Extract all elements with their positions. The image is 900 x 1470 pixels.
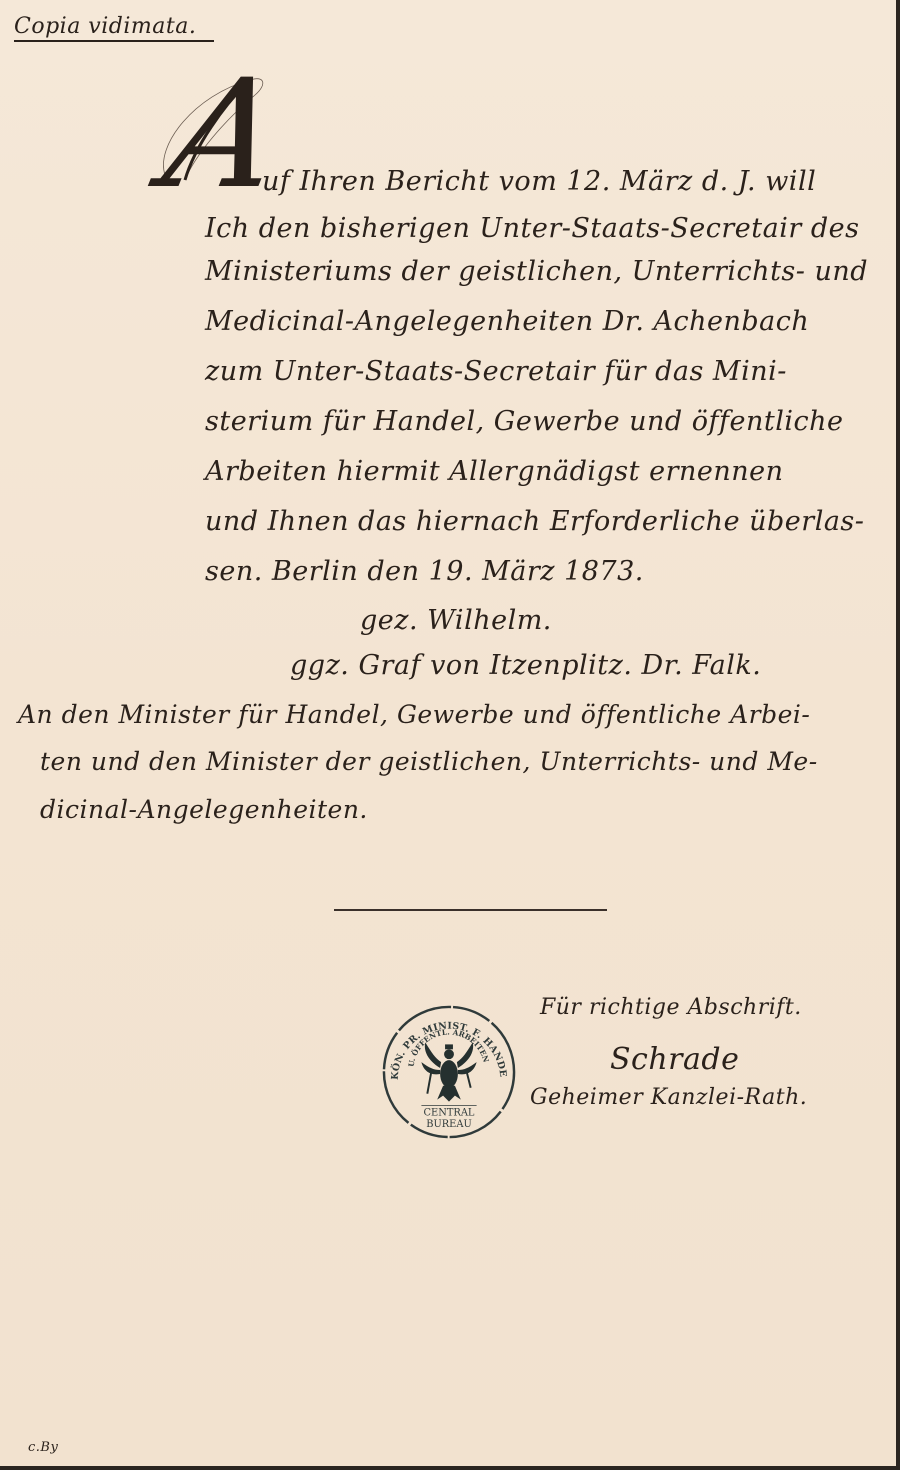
page-edge-bottom [0, 1466, 900, 1470]
document-page: Copia vidimata. A uf Ihren Bericht vom 1… [0, 0, 896, 1466]
header-copia-vidimata: Copia vidimata. [14, 14, 214, 42]
footer-mark: c.By [28, 1440, 58, 1455]
body-line-5: zum Unter-Staats-Secretair für das Mini- [205, 358, 787, 385]
stamp-bottom-line-2: BUREAU [426, 1119, 472, 1130]
certification-line: Für richtige Abschrift. [540, 995, 802, 1020]
body-line-9: sen. Berlin den 19. März 1873. [205, 558, 644, 585]
address-line-2: ten und den Minister der geistlichen, Un… [40, 747, 818, 776]
prussian-eagle-icon [421, 1042, 476, 1101]
section-divider [334, 909, 607, 911]
signature-king: gez. Wilhelm. [360, 605, 552, 636]
body-line-2: Ich den bisherigen Unter-Staats-Secretai… [205, 215, 859, 242]
certification-title: Geheimer Kanzlei-Rath. [530, 1085, 807, 1110]
certification-signature: Schrade [610, 1042, 739, 1077]
official-stamp: KÖN. PR. MINIST. F. HANDEL GEWERBE U. ÖF… [380, 1003, 518, 1141]
body-line-1: uf Ihren Bericht vom 12. März d. J. will [262, 168, 816, 195]
signature-ministers: ggz. Graf von Itzenplitz. Dr. Falk. [290, 650, 761, 681]
address-line-3: dicinal-Angelegenheiten. [40, 795, 368, 824]
stamp-bottom-line-1: CENTRAL [424, 1107, 475, 1118]
body-line-3: Ministeriums der geistlichen, Unterricht… [205, 258, 868, 285]
body-line-4: Medicinal-Angelegenheiten Dr. Achenbach [205, 308, 809, 335]
page-edge-right [896, 0, 900, 1470]
body-line-8: und Ihnen das hiernach Erforderliche übe… [205, 508, 864, 535]
address-line-1: An den Minister für Handel, Gewerbe und … [18, 700, 810, 729]
body-line-7: Arbeiten hiermit Allergnädigst ernennen [205, 458, 784, 485]
body-line-6: sterium für Handel, Gewerbe und öffentli… [205, 408, 844, 435]
